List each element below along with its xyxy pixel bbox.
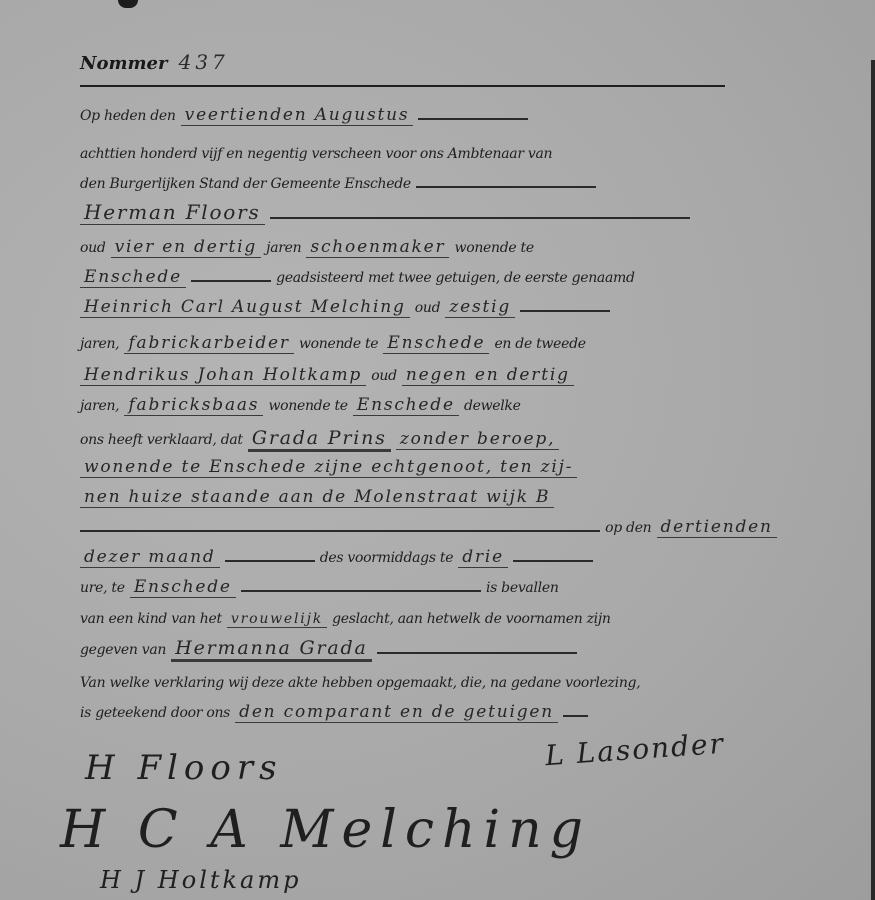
text-line: op den dertienden <box>80 517 777 547</box>
text-line: jaren, fabrickarbeider wonende te Ensche… <box>80 333 586 363</box>
ink-blot <box>118 0 138 8</box>
number-value: 437 <box>179 50 229 74</box>
mother-occupation: zonder beroep, <box>396 429 559 450</box>
birth-address: nen huize staande aan de Molenstraat wij… <box>80 487 554 508</box>
text-line: jaren, fabricksbaas wonende te Enschede … <box>80 395 521 425</box>
birth-hour: drie <box>458 547 508 568</box>
text-line: Hendrikus Johan Holtkamp oud negen en de… <box>80 365 574 395</box>
witness1-occupation: fabrickarbeider <box>124 333 293 354</box>
witness1-name: Heinrich Carl August Melching <box>80 297 410 318</box>
text-line: is geteekend door ons den comparant en d… <box>80 702 588 732</box>
signature-official: L Lasonder <box>544 727 726 772</box>
declarant-age: vier en dertig <box>111 237 261 258</box>
declarant-residence: Enschede <box>80 267 186 288</box>
text-line: Enschede geadsisteerd met twee getuigen,… <box>80 267 635 297</box>
text-line: Heinrich Carl August Melching oud zestig <box>80 297 610 327</box>
text-line: ons heeft verklaard, dat Grada Prins zon… <box>80 427 559 457</box>
handwritten-date: veertienden Augustus <box>181 105 414 126</box>
birth-place: Enschede <box>130 577 236 598</box>
declarant-name: Herman Floors <box>80 200 265 225</box>
birth-day: dertienden <box>657 517 777 538</box>
signature-witness-2: H J Holtkamp <box>100 866 301 894</box>
text-line: den Burgerlijken Stand der Gemeente Ensc… <box>80 173 596 203</box>
signature-declarant: H Floors <box>85 748 283 788</box>
declarant-occupation: schoenmaker <box>306 237 449 258</box>
witness2-age: negen en dertig <box>402 365 574 386</box>
signature-witness-1: H C A Melching <box>60 800 591 860</box>
text-line: achttien honderd vijf en negentig versch… <box>80 143 552 173</box>
witness2-name: Hendrikus Johan Holtkamp <box>80 365 366 386</box>
text-line: Van welke verklaring wij deze akte hebbe… <box>80 672 640 702</box>
text-line: oud vier en dertig jaren schoenmaker won… <box>80 237 534 267</box>
page-edge <box>871 60 875 900</box>
mother-name: Grada Prins <box>248 427 391 452</box>
text-line: nen huize staande aan de Molenstraat wij… <box>80 487 554 517</box>
text-line: wonende te Enschede zijne echtgenoot, te… <box>80 457 577 487</box>
witness2-residence: Enschede <box>353 395 459 416</box>
witness1-residence: Enschede <box>383 333 489 354</box>
text-line: van een kind van het vrouwelijk geslacht… <box>80 608 611 638</box>
witness2-occupation: fabricksbaas <box>124 395 263 416</box>
birth-month: dezer maand <box>80 547 220 568</box>
header-rule <box>80 85 725 87</box>
record-number: Nommer 437 <box>80 50 229 80</box>
text-line: dezer maand des voormiddags te drie <box>80 547 593 577</box>
child-sex: vrouwelijk <box>227 611 327 628</box>
mother-residence: wonende te Enschede zijne echtgenoot, te… <box>80 457 577 478</box>
witness1-age: zestig <box>445 297 515 318</box>
signatories: den comparant en de getuigen <box>235 702 558 723</box>
text-line: gegeven van Hermanna Grada <box>80 637 577 667</box>
number-label: Nommer <box>80 53 168 74</box>
text-line: Op heden den veertienden Augustus <box>80 105 528 135</box>
text-line: Herman Floors <box>80 200 690 230</box>
child-name: Hermanna Grada <box>171 637 371 662</box>
document-page: Nommer 437 Op heden den veertienden Augu… <box>0 0 875 900</box>
text-line: ure, te Enschede is bevallen <box>80 577 559 607</box>
